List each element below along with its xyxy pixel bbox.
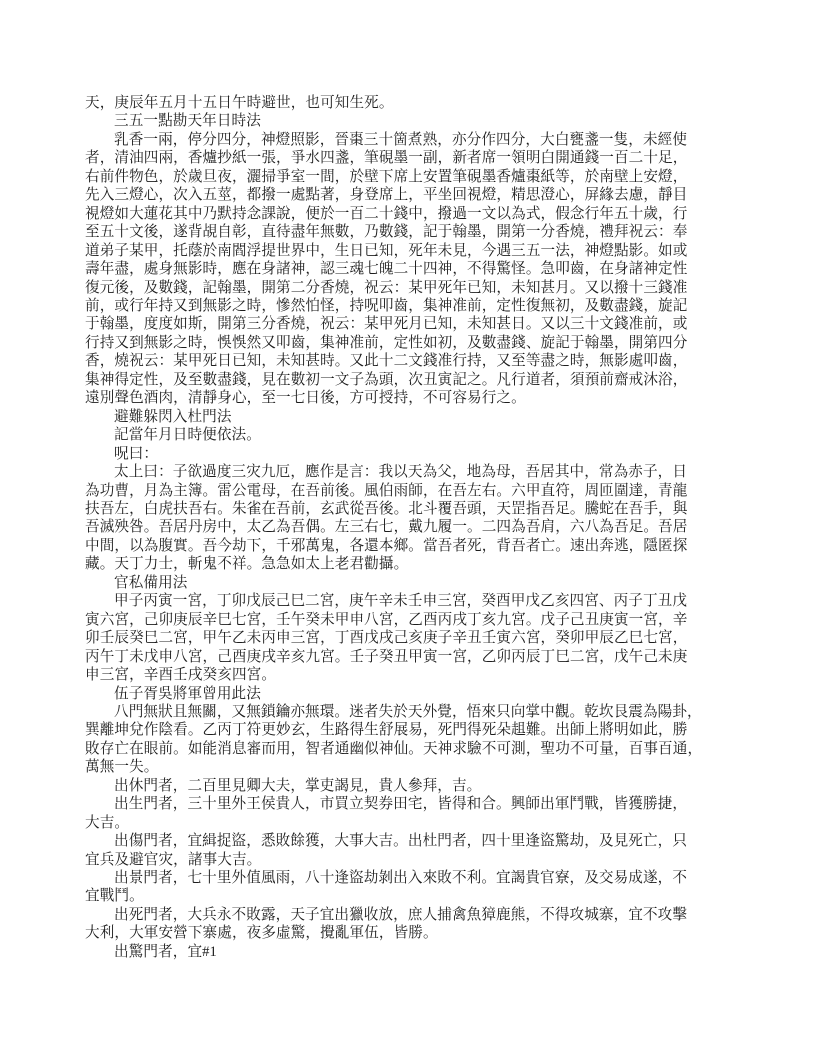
text-line: 丙午丁未戊申八宮，己酉庚戌辛亥九宮。壬子癸丑甲寅一宮，乙卯丙辰丁巳二宮，戊午己未…: [85, 648, 737, 666]
text-line: 壽年盡，處身無影時，應在身諸神，認三魂七魄二十四神，不得驚怪。急叩齒，在身諸神定…: [85, 260, 737, 278]
text-line: 卯壬辰癸巳二宮，甲午乙未丙申三宮，丁酉戊戌己亥庚子辛丑壬寅六宮，癸卯甲辰乙巳七宮…: [85, 629, 737, 647]
text-line: 出生門者，三十里外王侯貴人，市買立契券田宅，皆得和合。興師出軍鬥戰，皆獲勝捷，: [85, 795, 737, 813]
text-line: 宜戰鬥。: [85, 887, 737, 905]
text-line: 大吉。: [85, 814, 737, 832]
document-page: 天，庚辰年五月十五日午時避世，也可知生死。三五一點勘天年日時法乳香一兩，停分四分…: [0, 0, 816, 1056]
text-line: 三五一點勘天年日時法: [85, 112, 737, 130]
text-line: 香，燒祝云：某甲死日已知，未知甚時。又此十二文錢准行持，又至等盡之時，無影處叩齒…: [85, 352, 737, 370]
text-line: 者，清油四兩，香爐抄紙一張，爭水四盞，筆硯墨一副，新者席一領明白開通錢一百二十足…: [85, 149, 737, 167]
text-line: 巽離坤兌作陰看。乙丙丁符更妙玄，生路得生舒展易，死門得死朵趄難。出師上將明如此，…: [85, 721, 737, 739]
text-line: 出死門者，大兵永不敗露，天子宜出獵收放，庶人捕禽魚獐鹿熊，不得攻城寨，宜不攻擊: [85, 906, 737, 924]
text-line: 于翰墨，度度如斯，開第三分香燒，祝云：某甲死月已知，未知甚日。又以三十文錢准前，…: [85, 315, 737, 333]
text-line: 萬無一失。: [85, 758, 737, 776]
text-line: 出傷門者，宜緝捉盜，悉敗餘獲，大事大吉。出杜門者，四十里逢盜驚劫，及見死亡，只: [85, 832, 737, 850]
text-line: 敗存亡在眼前。如能消息審而用，智者通幽似神仙。天神求驗不可測，聖功不可量，百事百…: [85, 740, 737, 758]
text-line: 行持又到無影之時，悞悞然又叩齒，集神准前，定性如初，及數盡錢、旋記于翰墨，開第四…: [85, 334, 737, 352]
text-line: 伍子胥吳將軍曾用此法: [85, 685, 737, 703]
text-line: 道弟子某甲，托蔭於南閻浮提世界中，生日已知，死年未見，今遇三五一法，神燈點影。如…: [85, 242, 737, 260]
text-line: 大利，大軍安營下寨處，夜多虛驚，攪亂軍伍，皆勝。: [85, 924, 737, 942]
text-line: 復元後，及數錢，記翰墨，開第二分香燒，祝云：某甲死年已知，未知甚月。又以撥十三錢…: [85, 279, 737, 297]
text-line: 為功曹，月為主簿。雷公電母，在吾前後。風伯雨師，在吾左右。六甲直符，周匝圍達，青…: [85, 482, 737, 500]
text-line: 乳香一兩，停分四分，神燈照影，晉棗三十箇煮熟，亦分作四分，大白甕盞一隻，未經使: [85, 131, 737, 149]
text-line: 視燈如大蓮花其中乃默持念課說，便於一百二十錢中，撥過一文以為式，假念行年五十歲，…: [85, 205, 737, 223]
text-line: 八門無狀且無關，又無鎖鑰亦無環。迷者失於天外覺，悟來只向掌中觀。乾坎艮震為陽卦，: [85, 703, 737, 721]
text-line: 出驚門者，宜#1: [85, 943, 737, 961]
text-line: 集神得定性，及至數盡錢，見在數初一文子為頭，次丑寅記之。凡行道者，須預前齋戒沐浴…: [85, 371, 737, 389]
text-line: 先入三燈心，次入五莖，都撥一處點著，身登席上，平坐回視燈，精思澄心，屏緣去慮，靜…: [85, 186, 737, 204]
text-line: 出景門者，七十里外值風雨，八十逢盜劫剝出入來敗不利。宜謁貴官寮，及交易成遂，不: [85, 869, 737, 887]
text-line: 申三宮，辛酉壬戌癸亥四宮。: [85, 666, 737, 684]
text-line: 吾滅殃咎。吾居丹房中，太乙為吾偶。左三右七，戴九履一。二四為吾肩，六八為吾足。吾…: [85, 518, 737, 536]
text-line: 甲子丙寅一宮，丁卯戊辰己巳二宮，庚午辛未壬申三宮，癸酉甲戊乙亥四宮、丙子丁丑戊: [85, 592, 737, 610]
text-line: 記當年月日時便依法。: [85, 426, 737, 444]
text-line: 天，庚辰年五月十五日午時避世，也可知生死。: [85, 94, 737, 112]
text-line: 扶吾左，白虎扶吾右。朱雀在吾前，玄武從吾後。北斗覆吾頭，天罡指吾足。騰蛇在吾手，…: [85, 500, 737, 518]
text-line: 官私備用法: [85, 574, 737, 592]
text-line: 遠別聲色酒肉，清靜身心，至一七日後，方可授持，不可容易行之。: [85, 389, 737, 407]
text-line: 中間，以為腹實。吾今劫下，千邪萬鬼，各還本鄉。當吾者死，背吾者亡。速出奔逃，隱匿…: [85, 537, 737, 555]
text-line: 宜兵及避官灾，諸事大吉。: [85, 851, 737, 869]
text-line: 太上曰：子欲過度三灾九厄，應作是言：我以天為父，地為母，吾居其中，常為赤子，日: [85, 463, 737, 481]
text-line: 呪曰：: [85, 445, 737, 463]
text-body: 天，庚辰年五月十五日午時避世，也可知生死。三五一點勘天年日時法乳香一兩，停分四分…: [85, 94, 737, 961]
text-line: 寅六宮，己卯庚辰辛巳七宮，壬午癸未甲申八宮，乙酉丙戌丁亥九宮。戊子己丑庚寅一宮，…: [85, 611, 737, 629]
text-line: 出休門者，二百里見卿大夫，掌吏謁見，貴人參拜，吉。: [85, 777, 737, 795]
text-line: 右前件物色，於歲旦夜，灑掃爭室一間，於壁下席上安置筆硯墨香爐棗紙等，於南壁上安燈…: [85, 168, 737, 186]
text-line: 避難躲閃入杜門法: [85, 408, 737, 426]
text-line: 藏。天丁力士，斬鬼不祥。急急如太上老君勸攝。: [85, 555, 737, 573]
text-line: 前，或行年持又到無影之時，慘然怕怪，持呪叩齒，集神准前，定性復無初，及數盡錢，旋…: [85, 297, 737, 315]
text-line: 至五十文後，遂背覘自彰，直待盡年無數，乃數錢，記于翰墨，開第一分香燒，禮拜祝云：…: [85, 223, 737, 241]
